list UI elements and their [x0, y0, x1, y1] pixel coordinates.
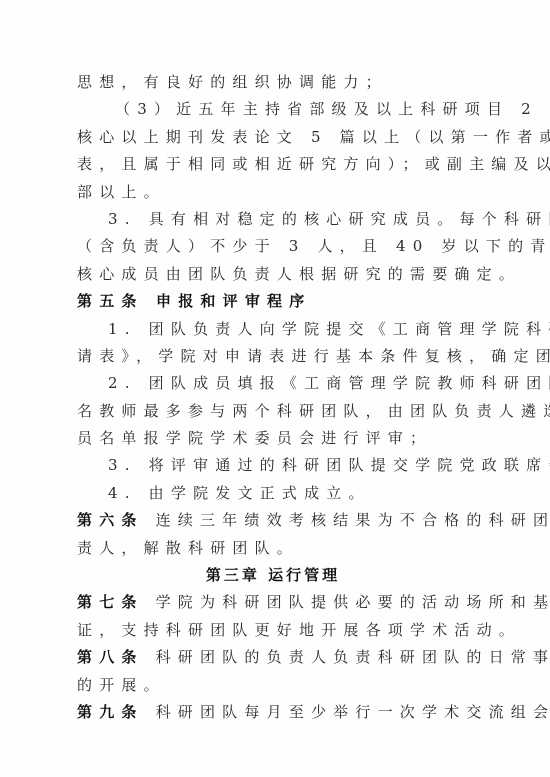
article-number: 第五条 — [77, 292, 144, 310]
paragraph-line: 1. 团队负责人向学院提交《工商管理学院科研团队负责人申 — [77, 316, 469, 343]
paragraph-line: 3. 将评审通过的科研团队提交学院党政联席会议批准通过； — [77, 452, 469, 479]
article-heading-line: 第五条 申报和评审程序 — [77, 288, 469, 315]
article-line: 第六条 连续三年绩效考核结果为不合格的科研团队，撤销团队负 — [77, 507, 469, 534]
paragraph-line: 员名单报学院学术委员会进行评审； — [77, 425, 469, 452]
paragraph-line: 4. 由学院发文正式成立。 — [77, 480, 469, 507]
paragraph-line: 名教师最多参与两个科研团队，由团队负责人遴选后，将团队成 — [77, 398, 469, 425]
paragraph-line: 的开展。 — [77, 672, 469, 699]
paragraph-line: 核心成员由团队负责人根据研究的需要确定。 — [77, 261, 469, 288]
article-title: 申报和评审程序 — [144, 292, 312, 310]
document-body: 思想，有良好的组织协调能力； （3）近五年主持省部级及以上科研项目 2 项以上；… — [77, 69, 469, 726]
article-line: 第七条 学院为科研团队提供必要的活动场所和基本的物资保 — [77, 589, 469, 616]
paragraph-line: 证，支持科研团队更好地开展各项学术活动。 — [77, 617, 469, 644]
article-line: 第九条 科研团队每月至少举行一次学术交流组会，团队每位成 — [77, 699, 469, 726]
article-number: 第七条 — [77, 593, 144, 611]
article-text: 科研团队的负责人负责科研团队的日常事务及科研活动 — [144, 648, 550, 666]
article-line: 第八条 科研团队的负责人负责科研团队的日常事务及科研活动 — [77, 644, 469, 671]
article-number: 第八条 — [77, 648, 144, 666]
paragraph-line: 请表》，学院对申请表进行基本条件复核，确定团队负责人名单； — [77, 343, 469, 370]
paragraph-line: （3）近五年主持省部级及以上科研项目 2 项以上；或在北大 — [77, 96, 469, 123]
paragraph-line: 核心以上期刊发表论文 5 篇以上（以第一作者或通讯作者名义发 — [77, 124, 469, 151]
paragraph-line: （含负责人）不少于 3 人，且 40 岁以下的青年教师不少于 1 人。 — [77, 233, 469, 260]
article-text: 学院为科研团队提供必要的活动场所和基本的物资保 — [144, 593, 550, 611]
chapter-heading: 第三章 运行管理 — [77, 562, 469, 589]
article-number: 第九条 — [77, 703, 144, 721]
article-text: 连续三年绩效考核结果为不合格的科研团队，撤销团队负 — [144, 511, 550, 529]
article-number: 第六条 — [77, 511, 144, 529]
paragraph-line: 2. 团队成员填报《工商管理学院教师科研团队申请表》，一 — [77, 370, 469, 397]
document-page: 思想，有良好的组织协调能力； （3）近五年主持省部级及以上科研项目 2 项以上；… — [0, 0, 550, 777]
paragraph-line: 部以上。 — [77, 179, 469, 206]
paragraph-line: 3. 具有相对稳定的核心研究成员。每个科研团队的核心人员 — [77, 206, 469, 233]
paragraph-line: 思想，有良好的组织协调能力； — [77, 69, 469, 96]
article-text: 科研团队每月至少举行一次学术交流组会，团队每位成 — [144, 703, 550, 721]
paragraph-line: 责人，解散科研团队。 — [77, 535, 469, 562]
paragraph-line: 表，且属于相同或相近研究方向）；或副主编及以上著作/教材 2 — [77, 151, 469, 178]
